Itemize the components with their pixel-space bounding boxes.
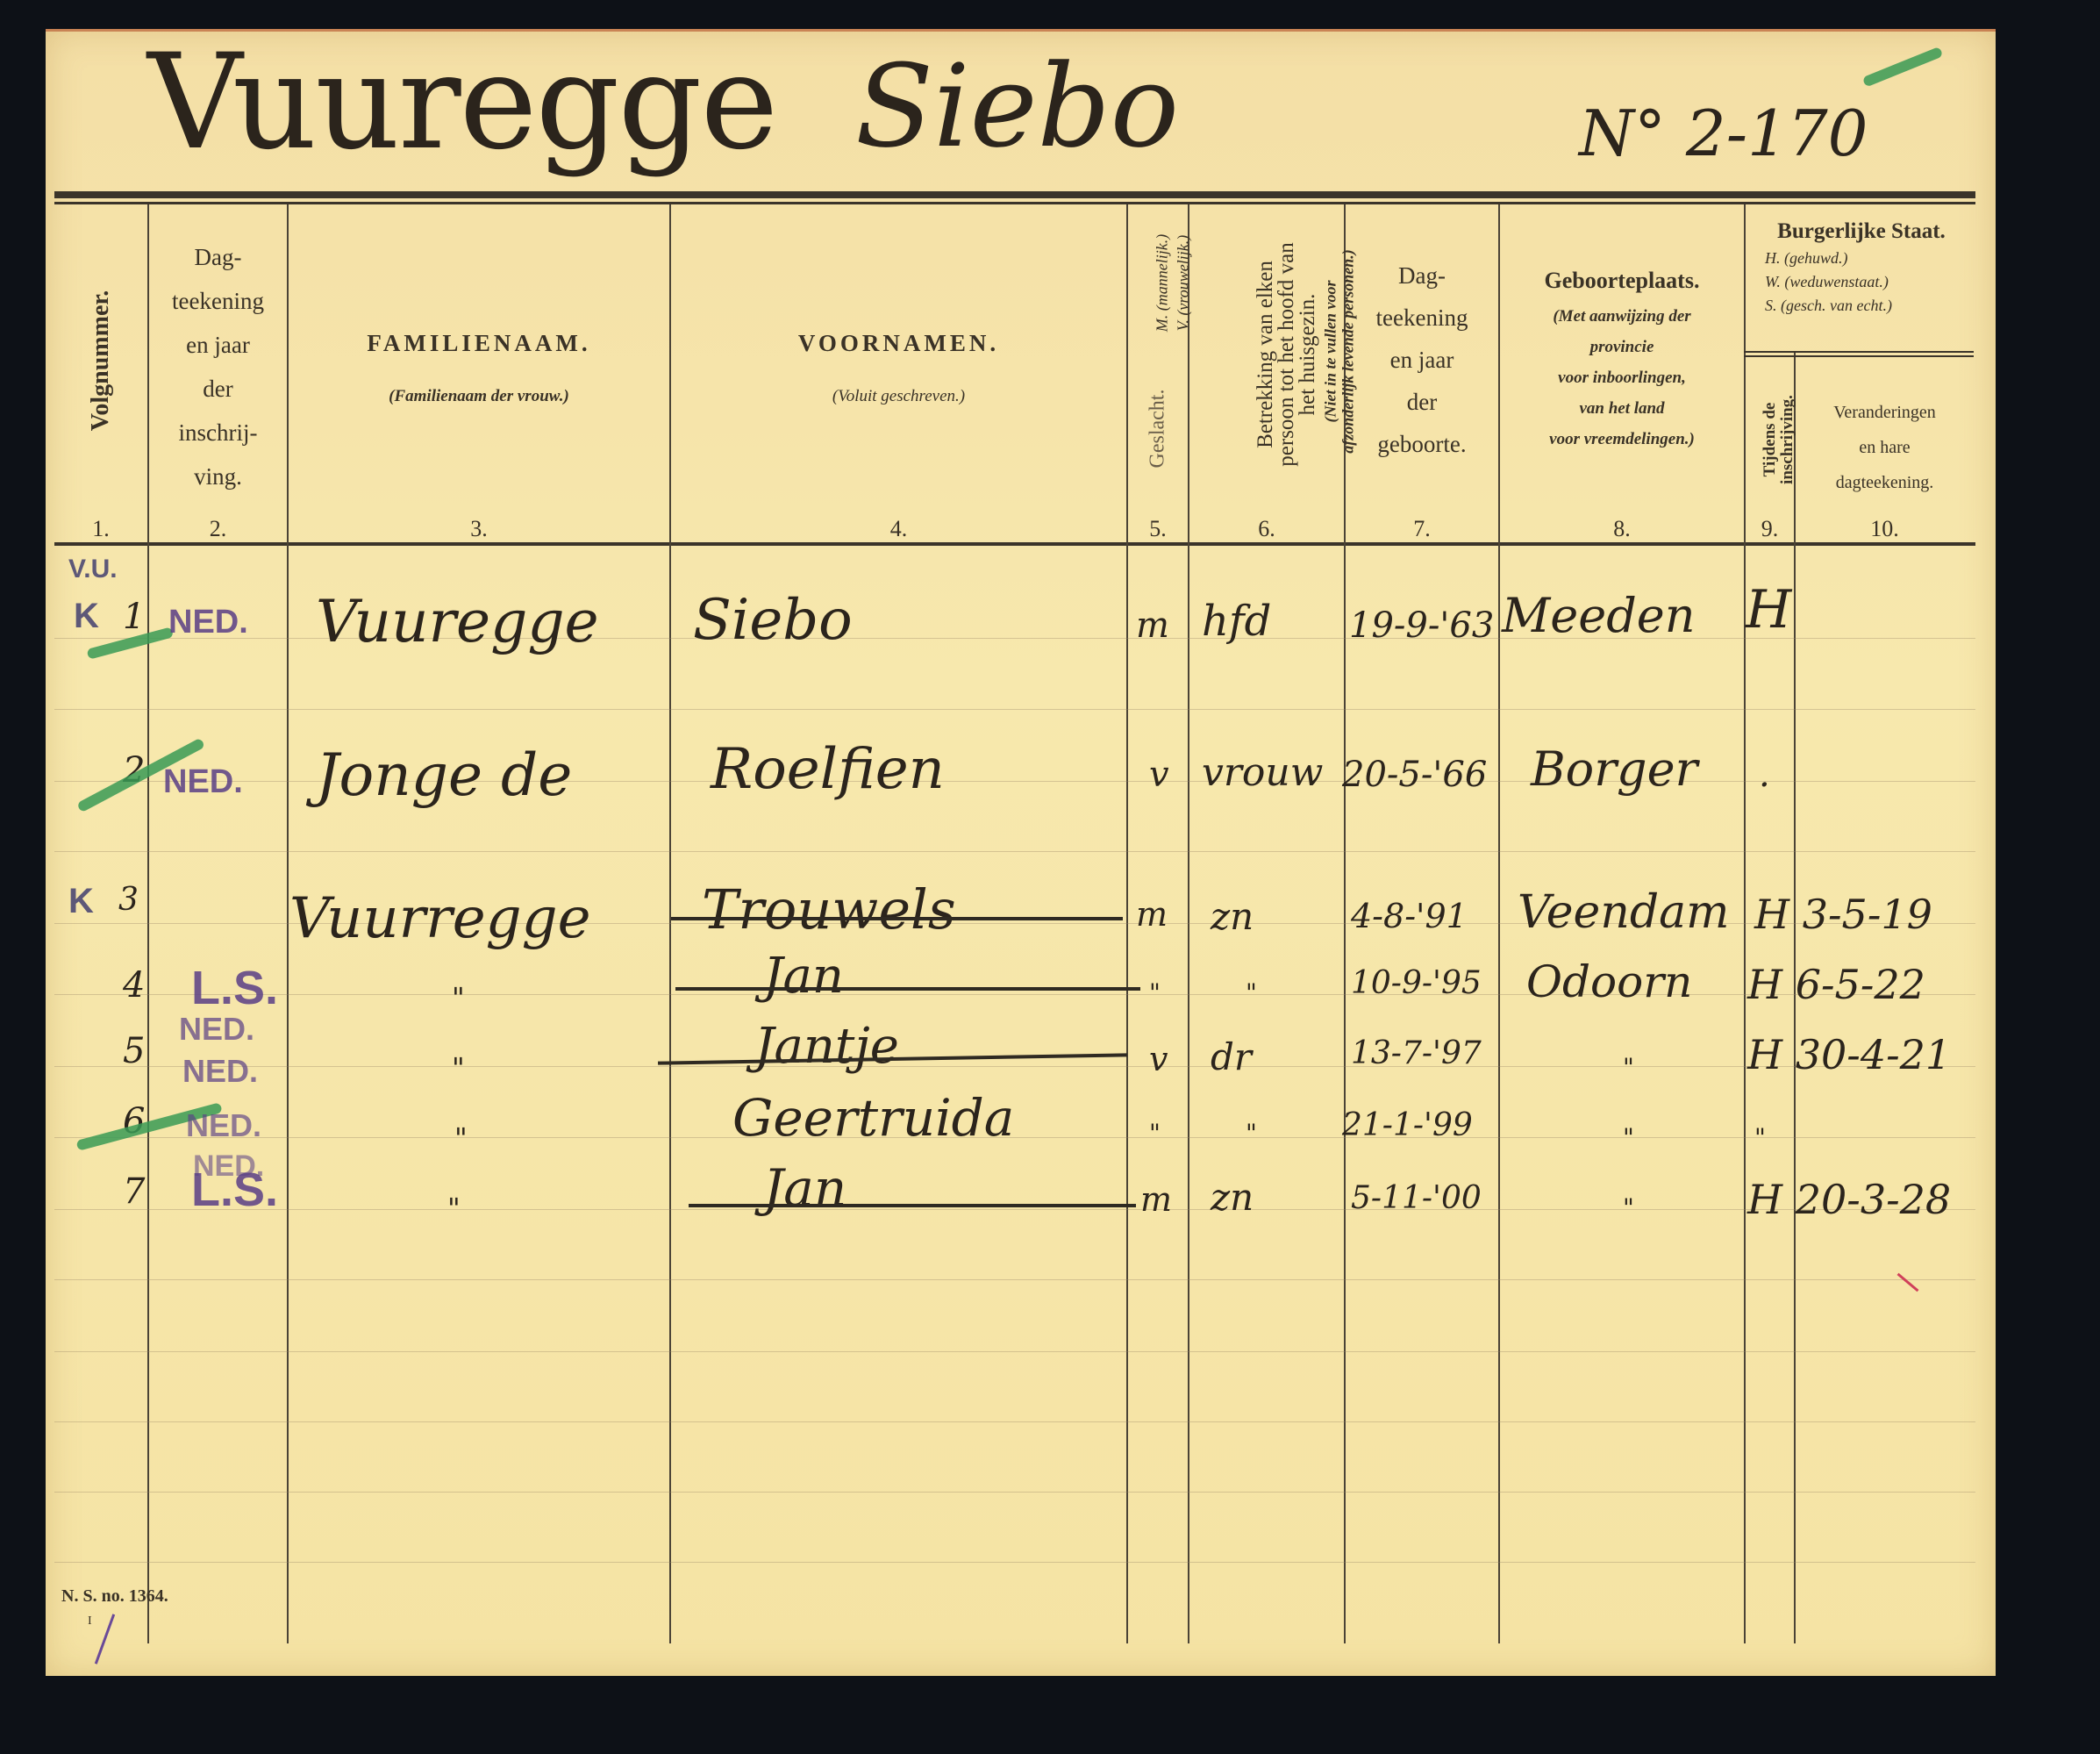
surname-row4: " — [452, 981, 465, 1014]
birthdate-row3: 4-8-'91 — [1351, 897, 1468, 935]
colnum-10: 10. — [1796, 516, 1974, 542]
form-code: N. S. no. 1364. — [61, 1586, 168, 1607]
row-line — [54, 1421, 1975, 1422]
surname-row7: " — [447, 1192, 461, 1225]
birthdate-row1: 19-9-'63 — [1349, 605, 1494, 646]
stamp-k-row3: K — [68, 882, 94, 921]
header-dagteekening-inschrijving: Dag- teekening en jaar der inschrij- vin… — [149, 235, 287, 498]
stamp-k-row1: K — [74, 597, 99, 636]
header-familienaam: FAMILIENAAM. (Familienaam der vrouw.) — [289, 330, 669, 406]
row-nr-4: 4 — [123, 965, 145, 1006]
stamp-ls-row7: L.S. — [191, 1163, 278, 1217]
header-tijdens-2: inschrijving. — [1778, 369, 1797, 510]
relation-row5: dr — [1211, 1035, 1252, 1078]
surname-row5: " — [452, 1051, 465, 1085]
row-line — [54, 1351, 1975, 1352]
row-line — [54, 1562, 1975, 1563]
birthdate-row6: 21-1-'99 — [1342, 1107, 1473, 1143]
header-top-rule — [54, 191, 1975, 198]
card-number: N° 2-170 — [1579, 97, 1868, 170]
row-line — [54, 1066, 1975, 1067]
stamp-ned-row6: NED. — [186, 1107, 261, 1144]
header-top-rule-thin — [54, 202, 1975, 204]
birthplace-row6: " — [1623, 1123, 1634, 1152]
relation-row1: hfd — [1202, 597, 1271, 646]
birthplace-row5: " — [1623, 1053, 1634, 1082]
changes-row7: H 20-3-28 — [1747, 1176, 1951, 1223]
colnum-3: 3. — [289, 516, 669, 542]
relation-row4: " — [1246, 978, 1257, 1007]
civil-state-divider-2 — [1744, 355, 1974, 357]
col-divider-5 — [1188, 204, 1189, 1643]
firstnames-row4: Jan — [763, 948, 844, 1005]
surname-row2: Jonge de — [316, 741, 572, 809]
relation-row3: zn — [1211, 895, 1254, 938]
surname-row3: Vuurregge — [289, 886, 590, 951]
civil-state-divider — [1744, 351, 1974, 353]
birthdate-row2: 20-5-'66 — [1342, 755, 1487, 795]
header-burgerlijke-staat: Burgerlijke Staat. H. (gehuwd.) W. (wedu… — [1747, 219, 1975, 315]
row-line — [54, 1137, 1975, 1138]
row-line — [54, 1279, 1975, 1280]
header-voornamen: VOORNAMEN. (Voluit geschreven.) — [671, 330, 1126, 406]
header-geslacht: Geslacht. — [1146, 359, 1170, 499]
civilstate-row6: " — [1754, 1123, 1766, 1152]
row-line — [54, 1492, 1975, 1493]
firstname-header: Siebo — [855, 39, 1179, 173]
birthdate-row7: 5-11-'00 — [1351, 1180, 1482, 1216]
sex-row4: " — [1149, 978, 1161, 1007]
header-betrekking-3: het huisgezin. — [1296, 197, 1320, 512]
colnum-4: 4. — [671, 516, 1126, 542]
stamp-ls-row4: L.S. — [191, 961, 278, 1015]
colnum-7: 7. — [1346, 516, 1498, 542]
relation-row6: " — [1246, 1119, 1257, 1148]
header-tijdens-1: Tijdens de — [1761, 369, 1780, 510]
birthplace-row4: Odoorn — [1526, 956, 1692, 1007]
row-line — [54, 709, 1975, 710]
stamp-ned-row1: NED. — [168, 604, 248, 641]
changes-row3: H 3-5-19 — [1754, 891, 1932, 938]
stamp-ned-row5a: NED. — [179, 1011, 254, 1048]
firstnames-row7: Jan — [763, 1158, 846, 1218]
colnum-2: 2. — [149, 516, 287, 542]
colnum-8: 8. — [1500, 516, 1744, 542]
col-divider-4 — [1126, 204, 1128, 1643]
surname-row1: Vuuregge — [316, 588, 599, 655]
sex-row5: v — [1149, 1040, 1168, 1078]
changes-row4: H 6-5-22 — [1747, 961, 1925, 1008]
row-nr-1: 1 — [123, 597, 145, 637]
sex-row1: m — [1136, 605, 1169, 646]
civilstate-row1: H — [1746, 579, 1791, 641]
firstnames-row5: Jantje — [754, 1018, 899, 1075]
row-line — [54, 851, 1975, 852]
birthdate-row4: 10-9-'95 — [1351, 965, 1482, 1001]
col-divider-2 — [287, 204, 289, 1643]
stamp-vu: V.U. — [68, 555, 118, 584]
surname-header: Vuuregge — [147, 26, 776, 179]
firstnames-row2: Roelfien — [711, 737, 945, 802]
strikethrough-row3 — [671, 917, 1123, 920]
header-veranderingen: Veranderingen en hare dagteekening. — [1796, 395, 1974, 500]
stamp-ned-row2: NED. — [163, 763, 243, 801]
birthplace-row1: Meeden — [1502, 588, 1696, 643]
form-mark: I — [88, 1614, 92, 1629]
row-line — [54, 1209, 1975, 1210]
header-geboorteplaats: Geboorteplaats. (Met aanwijzing der prov… — [1500, 268, 1744, 455]
relation-row2: vrouw — [1202, 750, 1323, 795]
firstnames-row1: Siebo — [693, 588, 853, 653]
strikethrough-row7 — [689, 1204, 1136, 1207]
firstnames-row3: Trouwels — [702, 877, 956, 941]
row-nr-7: 7 — [123, 1171, 145, 1212]
colnum-1: 1. — [54, 516, 147, 542]
relation-row7: zn — [1211, 1176, 1254, 1219]
sex-row7: m — [1140, 1180, 1172, 1219]
col-divider-8 — [1744, 204, 1746, 1643]
firstnames-row6: Geertruida — [732, 1088, 1014, 1148]
birthplace-row7: " — [1623, 1193, 1634, 1222]
row-nr-3: 3 — [118, 882, 139, 918]
sex-row3: m — [1136, 895, 1168, 934]
row-nr-5: 5 — [123, 1031, 145, 1071]
header-betrekking-sub1: (Niet in te vullen voor — [1322, 194, 1340, 510]
sex-row6: " — [1149, 1119, 1161, 1148]
header-bottom-rule — [54, 542, 1975, 546]
header-volgnummer: Volgnummer. — [87, 273, 115, 448]
birthplace-row2: Borger — [1531, 741, 1697, 797]
colnum-5: 5. — [1128, 516, 1188, 542]
colnum-6: 6. — [1189, 516, 1344, 542]
col-divider-3 — [669, 204, 671, 1643]
changes-row5: H 30-4-21 — [1747, 1031, 1951, 1078]
birthdate-row5: 13-7-'97 — [1351, 1035, 1482, 1071]
birthplace-row3: Veendam — [1518, 886, 1729, 939]
stamp-ned-row5: NED. — [182, 1053, 258, 1090]
header-geslacht-v: V. (vrouwelijk.) — [1175, 196, 1193, 371]
colnum-9: 9. — [1746, 516, 1794, 542]
header-dagteekening-geboorte: Dag- teekening en jaar der geboorte. — [1346, 254, 1498, 465]
strikethrough-row4 — [675, 987, 1140, 991]
surname-row6: " — [454, 1121, 468, 1155]
sex-row2: v — [1149, 755, 1169, 795]
header-geslacht-m: M. (mannelijk.) — [1154, 196, 1172, 371]
civilstate-row2: . — [1759, 755, 1770, 795]
